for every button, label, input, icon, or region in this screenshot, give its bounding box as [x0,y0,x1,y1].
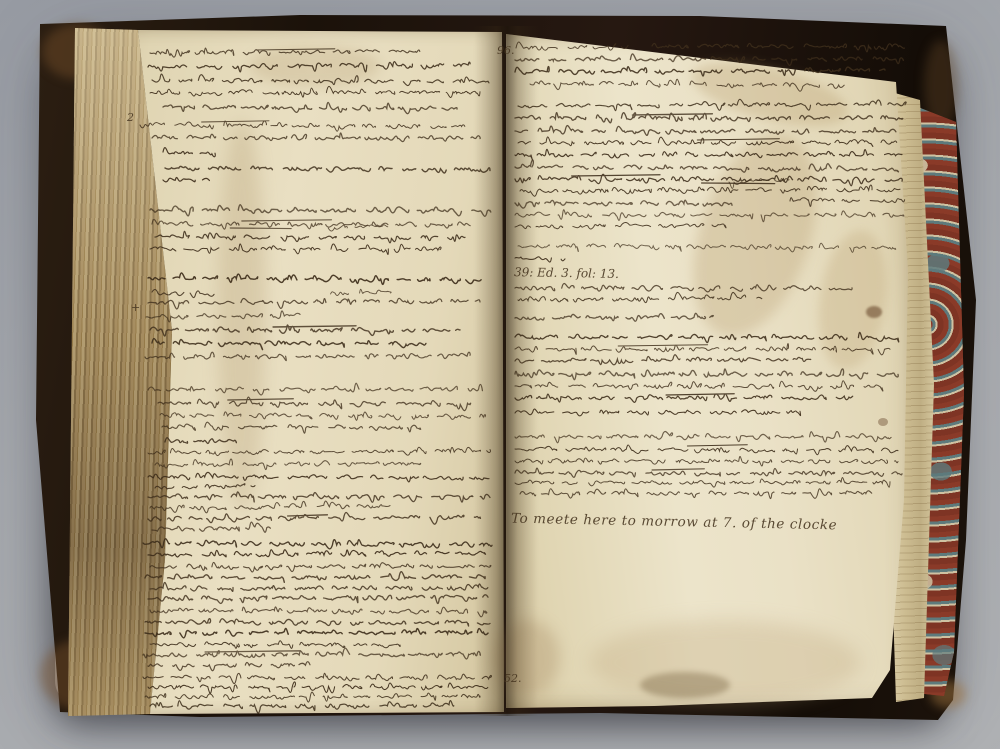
margin-mark: 2 [127,111,134,124]
statute-citation: 39: Ed. 3. fol: 13. [514,265,619,281]
margin-mark: + [131,301,140,314]
manuscript-photo-scene: 2+ 96. 39: Ed. 3. fol: 13. To meete here… [0,0,1000,749]
gutter-shadow [474,26,538,716]
open-manuscript-book: 2+ 96. 39: Ed. 3. fol: 13. To meete here… [0,0,1000,749]
right-page-folio-number: 96. [497,44,515,57]
page-number: 52. [504,672,522,685]
